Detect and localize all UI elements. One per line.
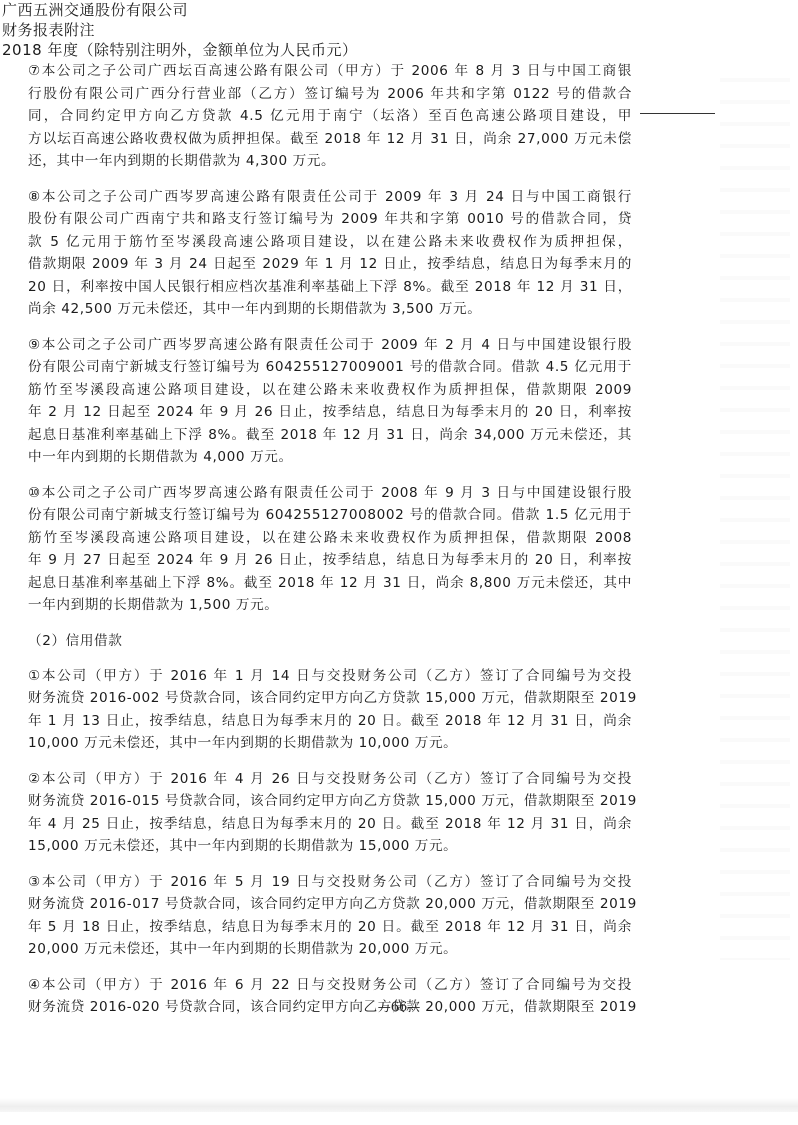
paragraph-line: ⑦本公司之子公司广西坛百高速公路有限公司（甲方）于 2006 年 8 月 3 日… bbox=[28, 60, 632, 83]
loan-paragraph-8: ⑧本公司之子公司广西岑罗高速公路有限责任公司于 2009 年 3 月 24 日与… bbox=[28, 186, 632, 321]
paragraph-line: 年 1 月 13 日止，按季结息，结息日为每季末月的 20 日。截至 2018 … bbox=[28, 710, 632, 733]
paragraph-line: 年 9 月 27 日起至 2024 年 9 月 26 日止，按季结息，结息日为每… bbox=[28, 549, 632, 572]
paragraph-line: 财务流贷 2016-015 号贷款合同，该合同约定甲方向乙方贷款 15,000 … bbox=[28, 790, 632, 813]
company-name: 广西五洲交通股份有限公司 bbox=[2, 0, 357, 20]
paragraph-line: 一年内到期的长期借款为 1,500 万元。 bbox=[28, 594, 632, 617]
paragraph-line: 尚余 42,500 万元未偿还，其中一年内到期的长期借款为 3,500 万元。 bbox=[28, 298, 632, 321]
paragraph-line: 财务流贷 2016-017 号贷款合同，该合同约定甲方向乙方贷款 20,000 … bbox=[28, 893, 632, 916]
paragraph-line: 筋竹至岑溪段高速公路项目建设，以在建公路未来收费权作为质押担保，借款期限 200… bbox=[28, 527, 632, 550]
paragraph-line: 20,000 万元未偿还，其中一年内到期的长期借款为 20,000 万元。 bbox=[28, 938, 632, 961]
paragraph-line: 年 5 月 18 日止，按季结息，结息日为每季末月的 20 日。截至 2018 … bbox=[28, 916, 632, 939]
paragraph-line: ②本公司（甲方）于 2016 年 4 月 26 日与交投财务公司（乙方）签订了合… bbox=[28, 768, 632, 791]
paragraph-line: 行股份有限公司广西分行营业部（乙方）签订编号为 2006 年共和字第 0122 … bbox=[28, 83, 632, 106]
paragraph-line: 份有限公司南宁新城支行签订编号为 604255127008002 号的借款合同。… bbox=[28, 504, 632, 527]
paragraph-line: 年 4 月 25 日止，按季结息，结息日为每季末月的 20 日。截至 2018 … bbox=[28, 813, 632, 836]
paragraph-line: ④本公司（甲方）于 2016 年 6 月 22 日与交投财务公司（乙方）签订了合… bbox=[28, 974, 632, 997]
paragraph-line: 中一年内到期的长期借款为 4,000 万元。 bbox=[28, 446, 632, 469]
credit-loan-paragraph-1: ①本公司（甲方）于 2016 年 1 月 14 日与交投财务公司（乙方）签订了合… bbox=[28, 665, 632, 755]
paragraph-line: 筋竹至岑溪段高速公路项目建设，以在建公路未来收费权作为质押担保，借款期限 200… bbox=[28, 379, 632, 402]
paragraph-line: 借款期限 2009 年 3 月 24 日起至 2029 年 1 月 12 日止，… bbox=[28, 253, 632, 276]
paragraph-line: ⑧本公司之子公司广西岑罗高速公路有限责任公司于 2009 年 3 月 24 日与… bbox=[28, 186, 632, 209]
paragraph-line: 年 2 月 12 日起至 2024 年 9 月 26 日止，按季结息，结息日为每… bbox=[28, 401, 632, 424]
page-number: —66— bbox=[0, 1000, 798, 1015]
paragraph-line: 起息日基准利率基础上下浮 8%。截至 2018 年 12 月 31 日，尚余 3… bbox=[28, 424, 632, 447]
section-heading-credit-loans: （2）信用借款 bbox=[28, 630, 632, 652]
paragraph-line: ③本公司（甲方）于 2016 年 5 月 19 日与交投财务公司（乙方）签订了合… bbox=[28, 871, 632, 894]
loan-paragraph-9: ⑨本公司之子公司广西岑罗高速公路有限责任公司于 2009 年 2 月 4 日与中… bbox=[28, 334, 632, 469]
document-title: 财务报表附注 bbox=[2, 20, 357, 40]
document-body: ⑦本公司之子公司广西坛百高速公路有限公司（甲方）于 2006 年 8 月 3 日… bbox=[28, 60, 632, 1032]
paragraph-line: 份有限公司南宁新城支行签订编号为 604255127009001 号的借款合同。… bbox=[28, 356, 632, 379]
paragraph-line: 还，其中一年内到期的长期借款为 4,300 万元。 bbox=[28, 150, 632, 173]
paragraph-line: 15,000 万元未偿还，其中一年内到期的长期借款为 15,000 万元。 bbox=[28, 835, 632, 858]
paragraph-line: 10,000 万元未偿还，其中一年内到期的长期借款为 10,000 万元。 bbox=[28, 732, 632, 755]
credit-loan-paragraph-2: ②本公司（甲方）于 2016 年 4 月 26 日与交投财务公司（乙方）签订了合… bbox=[28, 768, 632, 858]
paragraph-line: ⑩本公司之子公司广西岑罗高速公路有限责任公司于 2008 年 9 月 3 日与中… bbox=[28, 482, 632, 505]
loan-paragraph-7: ⑦本公司之子公司广西坛百高速公路有限公司（甲方）于 2006 年 8 月 3 日… bbox=[28, 60, 632, 173]
scan-edge-shadow bbox=[0, 1098, 798, 1112]
paragraph-line: ①本公司（甲方）于 2016 年 1 月 14 日与交投财务公司（乙方）签订了合… bbox=[28, 665, 632, 688]
loan-paragraph-10: ⑩本公司之子公司广西岑罗高速公路有限责任公司于 2008 年 9 月 3 日与中… bbox=[28, 482, 632, 617]
credit-loan-paragraph-3: ③本公司（甲方）于 2016 年 5 月 19 日与交投财务公司（乙方）签订了合… bbox=[28, 871, 632, 961]
paragraph-line: 款 5 亿元用于筋竹至岑溪段高速公路项目建设，以在建公路未来收费权作为质押担保， bbox=[28, 231, 632, 254]
paragraph-line: 同，合同约定甲方向乙方贷款 4.5 亿元用于南宁（坛洛）至百色高速公路项目建设，… bbox=[28, 105, 632, 128]
paragraph-line: 起息日基准利率基础上下浮 8%。截至 2018 年 12 月 31 日，尚余 8… bbox=[28, 572, 632, 595]
paragraph-line: 20 日，利率按中国人民银行相应档次基准利率基础上下浮 8%。截至 2018 年… bbox=[28, 276, 632, 299]
paragraph-line: 财务流贷 2016-002 号贷款合同，该合同约定甲方向乙方贷款 15,000 … bbox=[28, 687, 632, 710]
paragraph-line: 方以坛百高速公路收费权做为质押担保。截至 2018 年 12 月 31 日，尚余… bbox=[28, 128, 632, 151]
period-note: 2018 年度（除特别注明外，金额单位为人民币元） bbox=[2, 40, 357, 60]
page-header: 广西五洲交通股份有限公司 财务报表附注 2018 年度（除特别注明外，金额单位为… bbox=[2, 0, 357, 60]
paragraph-line: 股份有限公司广西南宁共和路支行签订编号为 2009 年共和字第 0010 号的借… bbox=[28, 208, 632, 231]
scan-bleed-through bbox=[720, 60, 790, 960]
margin-rule-mark bbox=[640, 113, 715, 114]
paragraph-line: ⑨本公司之子公司广西岑罗高速公路有限责任公司于 2009 年 2 月 4 日与中… bbox=[28, 334, 632, 357]
